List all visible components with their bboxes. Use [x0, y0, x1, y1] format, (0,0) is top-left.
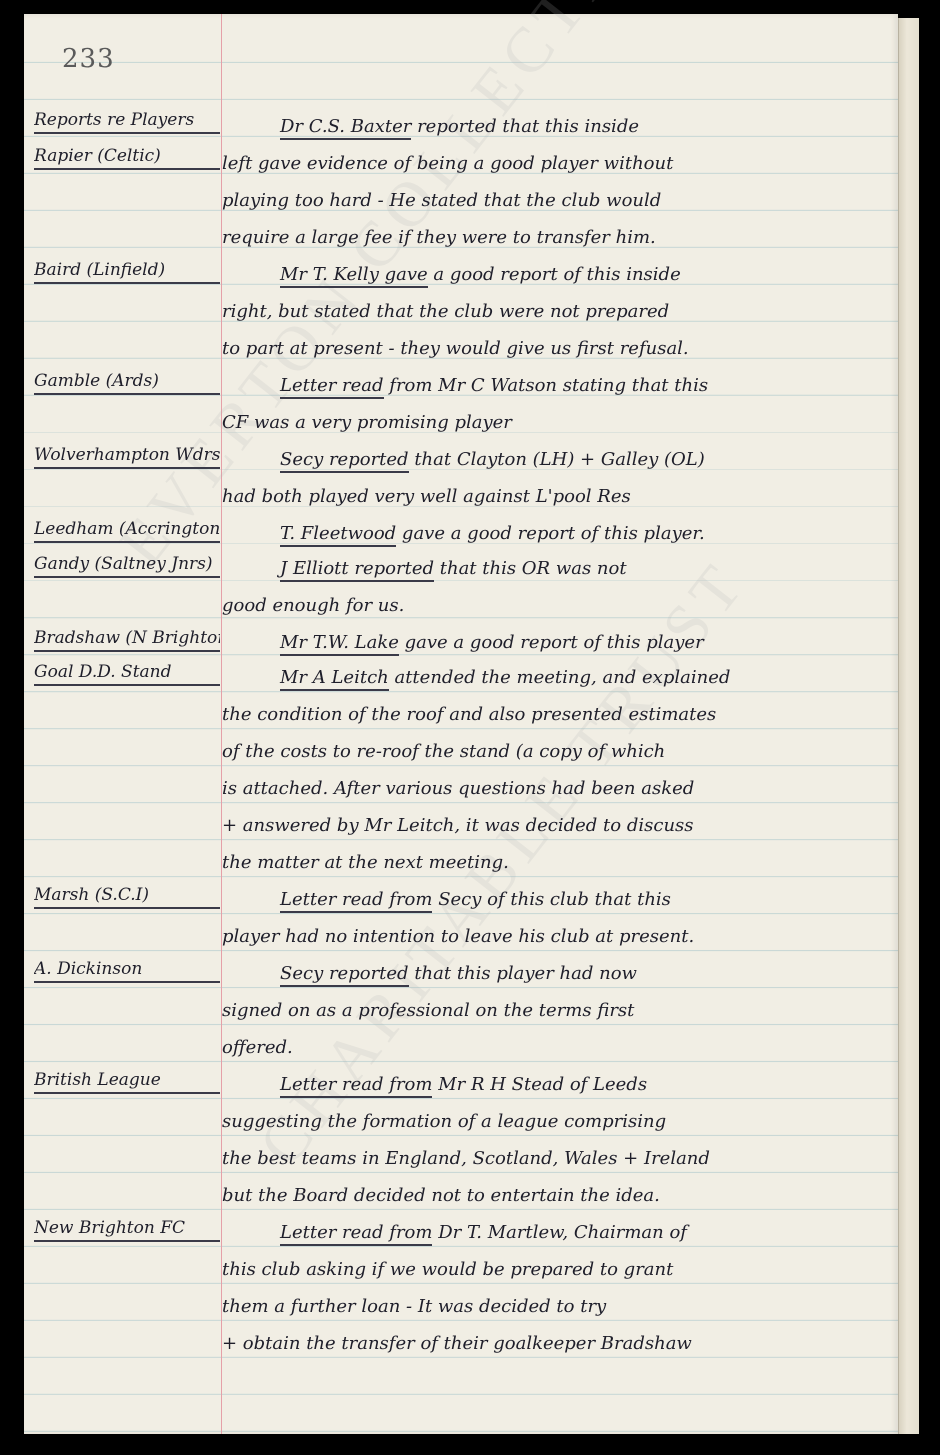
side-heading: Rapier (Celtic)	[34, 146, 220, 170]
side-heading: Goal D.D. Stand	[34, 662, 220, 686]
minute-line: the condition of the roof and also prese…	[222, 696, 892, 733]
side-heading: Reports re Players	[34, 110, 220, 134]
minute-line: Letter read from Secy of this club that …	[222, 881, 892, 918]
line-text: attended the meeting, and explained	[389, 667, 731, 688]
minute-line: the best teams in England, Scotland, Wal…	[222, 1140, 892, 1177]
underlined-name: Dr C.S. Baxter	[280, 116, 411, 140]
minute-line: had both played very well against L'pool…	[222, 478, 892, 515]
minute-line: CF was a very promising player	[222, 404, 892, 441]
minute-line: offered.	[222, 1029, 892, 1066]
minute-line: to part at present - they would give us …	[222, 330, 892, 367]
minute-line: right, but stated that the club were not…	[222, 293, 892, 330]
side-heading: New Brighton FC	[34, 1218, 220, 1242]
minute-line: Secy reported that this player had now	[222, 955, 892, 992]
minute-line: Mr T.W. Lake gave a good report of this …	[222, 624, 892, 661]
minute-line: the matter at the next meeting.	[222, 844, 892, 881]
side-heading: Baird (Linfield)	[34, 260, 220, 284]
underlined-name: Mr T. Kelly gave	[280, 264, 428, 288]
underlined-name: Mr T.W. Lake	[280, 632, 399, 656]
minute-line: Letter read from Dr T. Martlew, Chairman…	[222, 1214, 892, 1251]
minute-line: Letter read from Mr C Watson stating tha…	[222, 367, 892, 404]
line-text: that this OR was not	[434, 558, 627, 579]
minute-line: + answered by Mr Leitch, it was decided …	[222, 807, 892, 844]
side-heading: Leedham (Accrington)	[34, 519, 220, 543]
minute-line: signed on as a professional on the terms…	[222, 992, 892, 1029]
underlined-name: Letter read from	[280, 1222, 432, 1246]
side-heading: Wolverhampton Wdrs	[34, 445, 220, 469]
line-text: that this player had now	[409, 963, 637, 984]
line-text: reported that this inside	[411, 116, 639, 137]
line-text: from Mr C Watson stating that this	[384, 375, 709, 396]
minute-line: but the Board decided not to entertain t…	[222, 1177, 892, 1214]
underlined-name: Letter read from	[280, 889, 432, 913]
line-text: gave a good report of this player	[399, 632, 704, 653]
underlined-name: Secy reported	[280, 449, 409, 473]
line-text: Dr T. Martlew, Chairman of	[432, 1222, 686, 1243]
minute-line: of the costs to re-roof the stand (a cop…	[222, 733, 892, 770]
line-text: that Clayton (LH) + Galley (OL)	[409, 449, 705, 470]
minute-line: good enough for us.	[222, 587, 892, 624]
minute-line: Mr A Leitch attended the meeting, and ex…	[222, 659, 892, 696]
side-heading: A. Dickinson	[34, 959, 220, 983]
minute-line: left gave evidence of being a good playe…	[222, 145, 892, 182]
minute-line: Mr T. Kelly gave a good report of this i…	[222, 256, 892, 293]
minute-line: T. Fleetwood gave a good report of this …	[222, 515, 892, 552]
page-edge	[898, 18, 919, 1434]
ledger-page: 233 EVERTON COLLECTION CHARITABLE TRUST …	[24, 14, 898, 1434]
underlined-name: J Elliott reported	[280, 558, 434, 582]
side-heading: British League	[34, 1070, 220, 1094]
minute-line: player had no intention to leave his clu…	[222, 918, 892, 955]
minute-line: is attached. After various questions had…	[222, 770, 892, 807]
minute-line: J Elliott reported that this OR was not	[222, 550, 892, 587]
underlined-name: Letter read from	[280, 1074, 432, 1098]
page-number: 233	[62, 44, 115, 74]
line-text: gave a good report of this player.	[396, 523, 705, 544]
minute-line: playing too hard - He stated that the cl…	[222, 182, 892, 219]
minute-line: this club asking if we would be prepared…	[222, 1251, 892, 1288]
underlined-name: Letter read	[280, 375, 384, 399]
side-heading: Gandy (Saltney Jnrs)	[34, 554, 220, 578]
underlined-name: Mr A Leitch	[280, 667, 389, 691]
minute-line: Letter read from Mr R H Stead of Leeds	[222, 1066, 892, 1103]
minute-line: + obtain the transfer of their goalkeepe…	[222, 1325, 892, 1362]
side-heading: Gamble (Ards)	[34, 371, 220, 395]
underlined-name: Secy reported	[280, 963, 409, 987]
minute-line: Dr C.S. Baxter reported that this inside	[222, 108, 892, 145]
side-heading: Bradshaw (N Brighton)	[34, 628, 220, 652]
line-text: Mr R H Stead of Leeds	[432, 1074, 647, 1095]
minute-line: require a large fee if they were to tran…	[222, 219, 892, 256]
line-text: Secy of this club that this	[432, 889, 670, 910]
minute-line: suggesting the formation of a league com…	[222, 1103, 892, 1140]
minute-line: them a further loan - It was decided to …	[222, 1288, 892, 1325]
underlined-name: T. Fleetwood	[280, 523, 396, 547]
side-heading: Marsh (S.C.I)	[34, 885, 220, 909]
line-text: a good report of this inside	[428, 264, 681, 285]
minute-line: Secy reported that Clayton (LH) + Galley…	[222, 441, 892, 478]
